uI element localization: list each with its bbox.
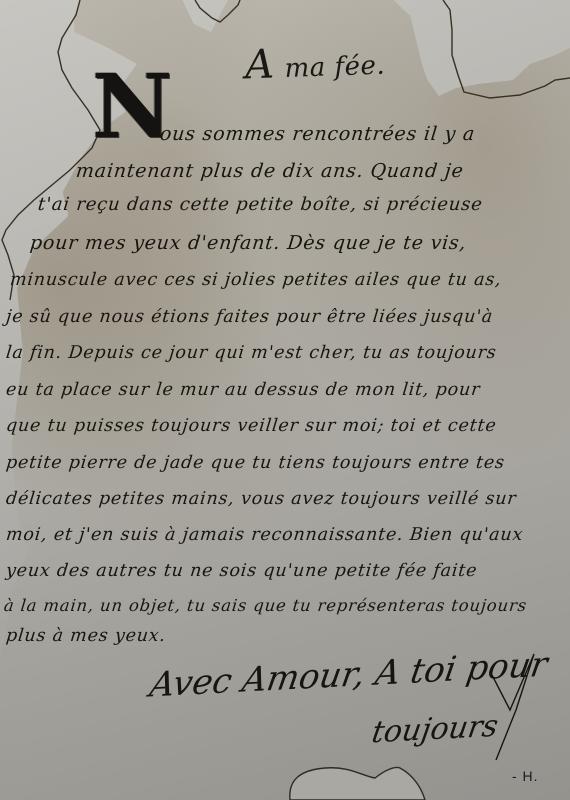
- letter-line: minuscule avec ces si jolies petites ail…: [9, 270, 503, 290]
- letter-line: petite pierre de jade que tu tiens toujo…: [5, 453, 506, 473]
- letter-line: yeux des autres tu ne sois qu'une petite…: [5, 561, 478, 581]
- letter-photo: Ama fée. N ous sommes rencontrées il y a…: [0, 0, 570, 800]
- letter-line: la fin. Depuis ce jour qui m'est cher, t…: [5, 343, 498, 363]
- letter-line: maintenant plus de dix ans. Quand je: [75, 160, 465, 182]
- letter-heading: Ama fée.: [244, 38, 386, 89]
- heading-initial: A: [244, 41, 275, 88]
- heart-flourish-icon: [488, 650, 548, 770]
- letter-line: ous sommes rencontrées il y a: [159, 123, 476, 145]
- signature: - H.: [512, 768, 539, 784]
- heading-text: ma fée.: [284, 51, 386, 84]
- letter-line: je sû que nous étions faites pour être l…: [5, 307, 494, 327]
- closing-line-2: toujours: [369, 709, 500, 751]
- letter-line: plus à mes yeux.: [5, 626, 167, 646]
- letter-line: moi, et j'en suis à jamais reconnaissant…: [5, 525, 524, 545]
- letter-line: délicates petites mains, vous avez toujo…: [5, 489, 518, 509]
- letter-line: à la main, un objet, tu sais que tu repr…: [3, 596, 528, 615]
- letter-line: eu ta place sur le mur au dessus de mon …: [5, 380, 481, 400]
- letter-line: que tu puisses toujours veiller sur moi;…: [5, 416, 498, 436]
- letter-line: pour mes yeux d'enfant. Dès que je te vi…: [29, 232, 468, 254]
- letter-line: t'ai reçu dans cette petite boîte, si pr…: [37, 194, 484, 215]
